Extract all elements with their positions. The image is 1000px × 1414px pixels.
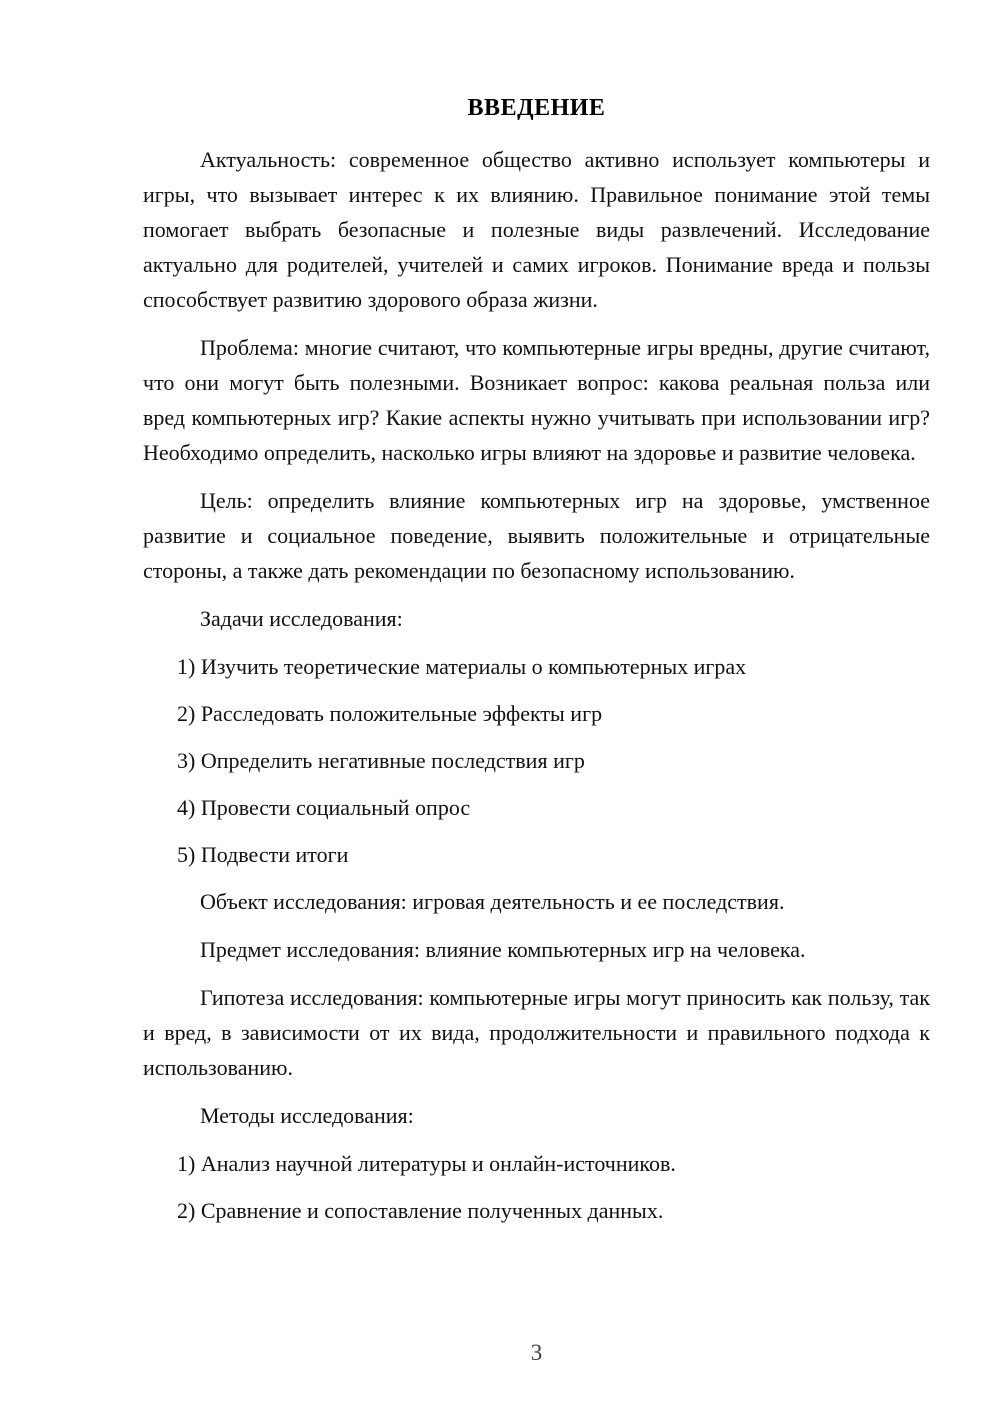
method-item-2: 2) Сравнение и сопоставление полученных … [143, 1193, 930, 1228]
task-item-5: 5) Подвести итоги [143, 837, 930, 872]
page-title: ВВЕДЕНИЕ [143, 95, 930, 122]
task-item-2: 2) Расследовать положительные эффекты иг… [143, 696, 930, 731]
paragraph-relevance: Актуальность: современное общество актив… [143, 142, 930, 317]
page-number: 3 [143, 1340, 930, 1366]
paragraph-goal: Цель: определить влияние компьютерных иг… [143, 483, 930, 588]
task-item-3: 3) Определить негативные последствия игр [143, 743, 930, 778]
task-item-1: 1) Изучить теоретические материалы о ком… [143, 649, 930, 684]
paragraph-problem: Проблема: многие считают, что компьютерн… [143, 330, 930, 470]
document-page: ВВЕДЕНИЕ Актуальность: современное общес… [0, 0, 1000, 1414]
task-item-4: 4) Провести социальный опрос [143, 790, 930, 825]
methods-list: 1) Анализ научной литературы и онлайн-ис… [143, 1146, 930, 1228]
paragraph-object: Объект исследования: игровая деятельност… [143, 884, 930, 919]
tasks-heading: Задачи исследования: [143, 601, 930, 636]
paragraph-hypothesis: Гипотеза исследования: компьютерные игры… [143, 980, 930, 1085]
paragraph-subject: Предмет исследования: влияние компьютерн… [143, 932, 930, 967]
method-item-1: 1) Анализ научной литературы и онлайн-ис… [143, 1146, 930, 1181]
methods-heading: Методы исследования: [143, 1098, 930, 1133]
tasks-list: 1) Изучить теоретические материалы о ком… [143, 649, 930, 872]
